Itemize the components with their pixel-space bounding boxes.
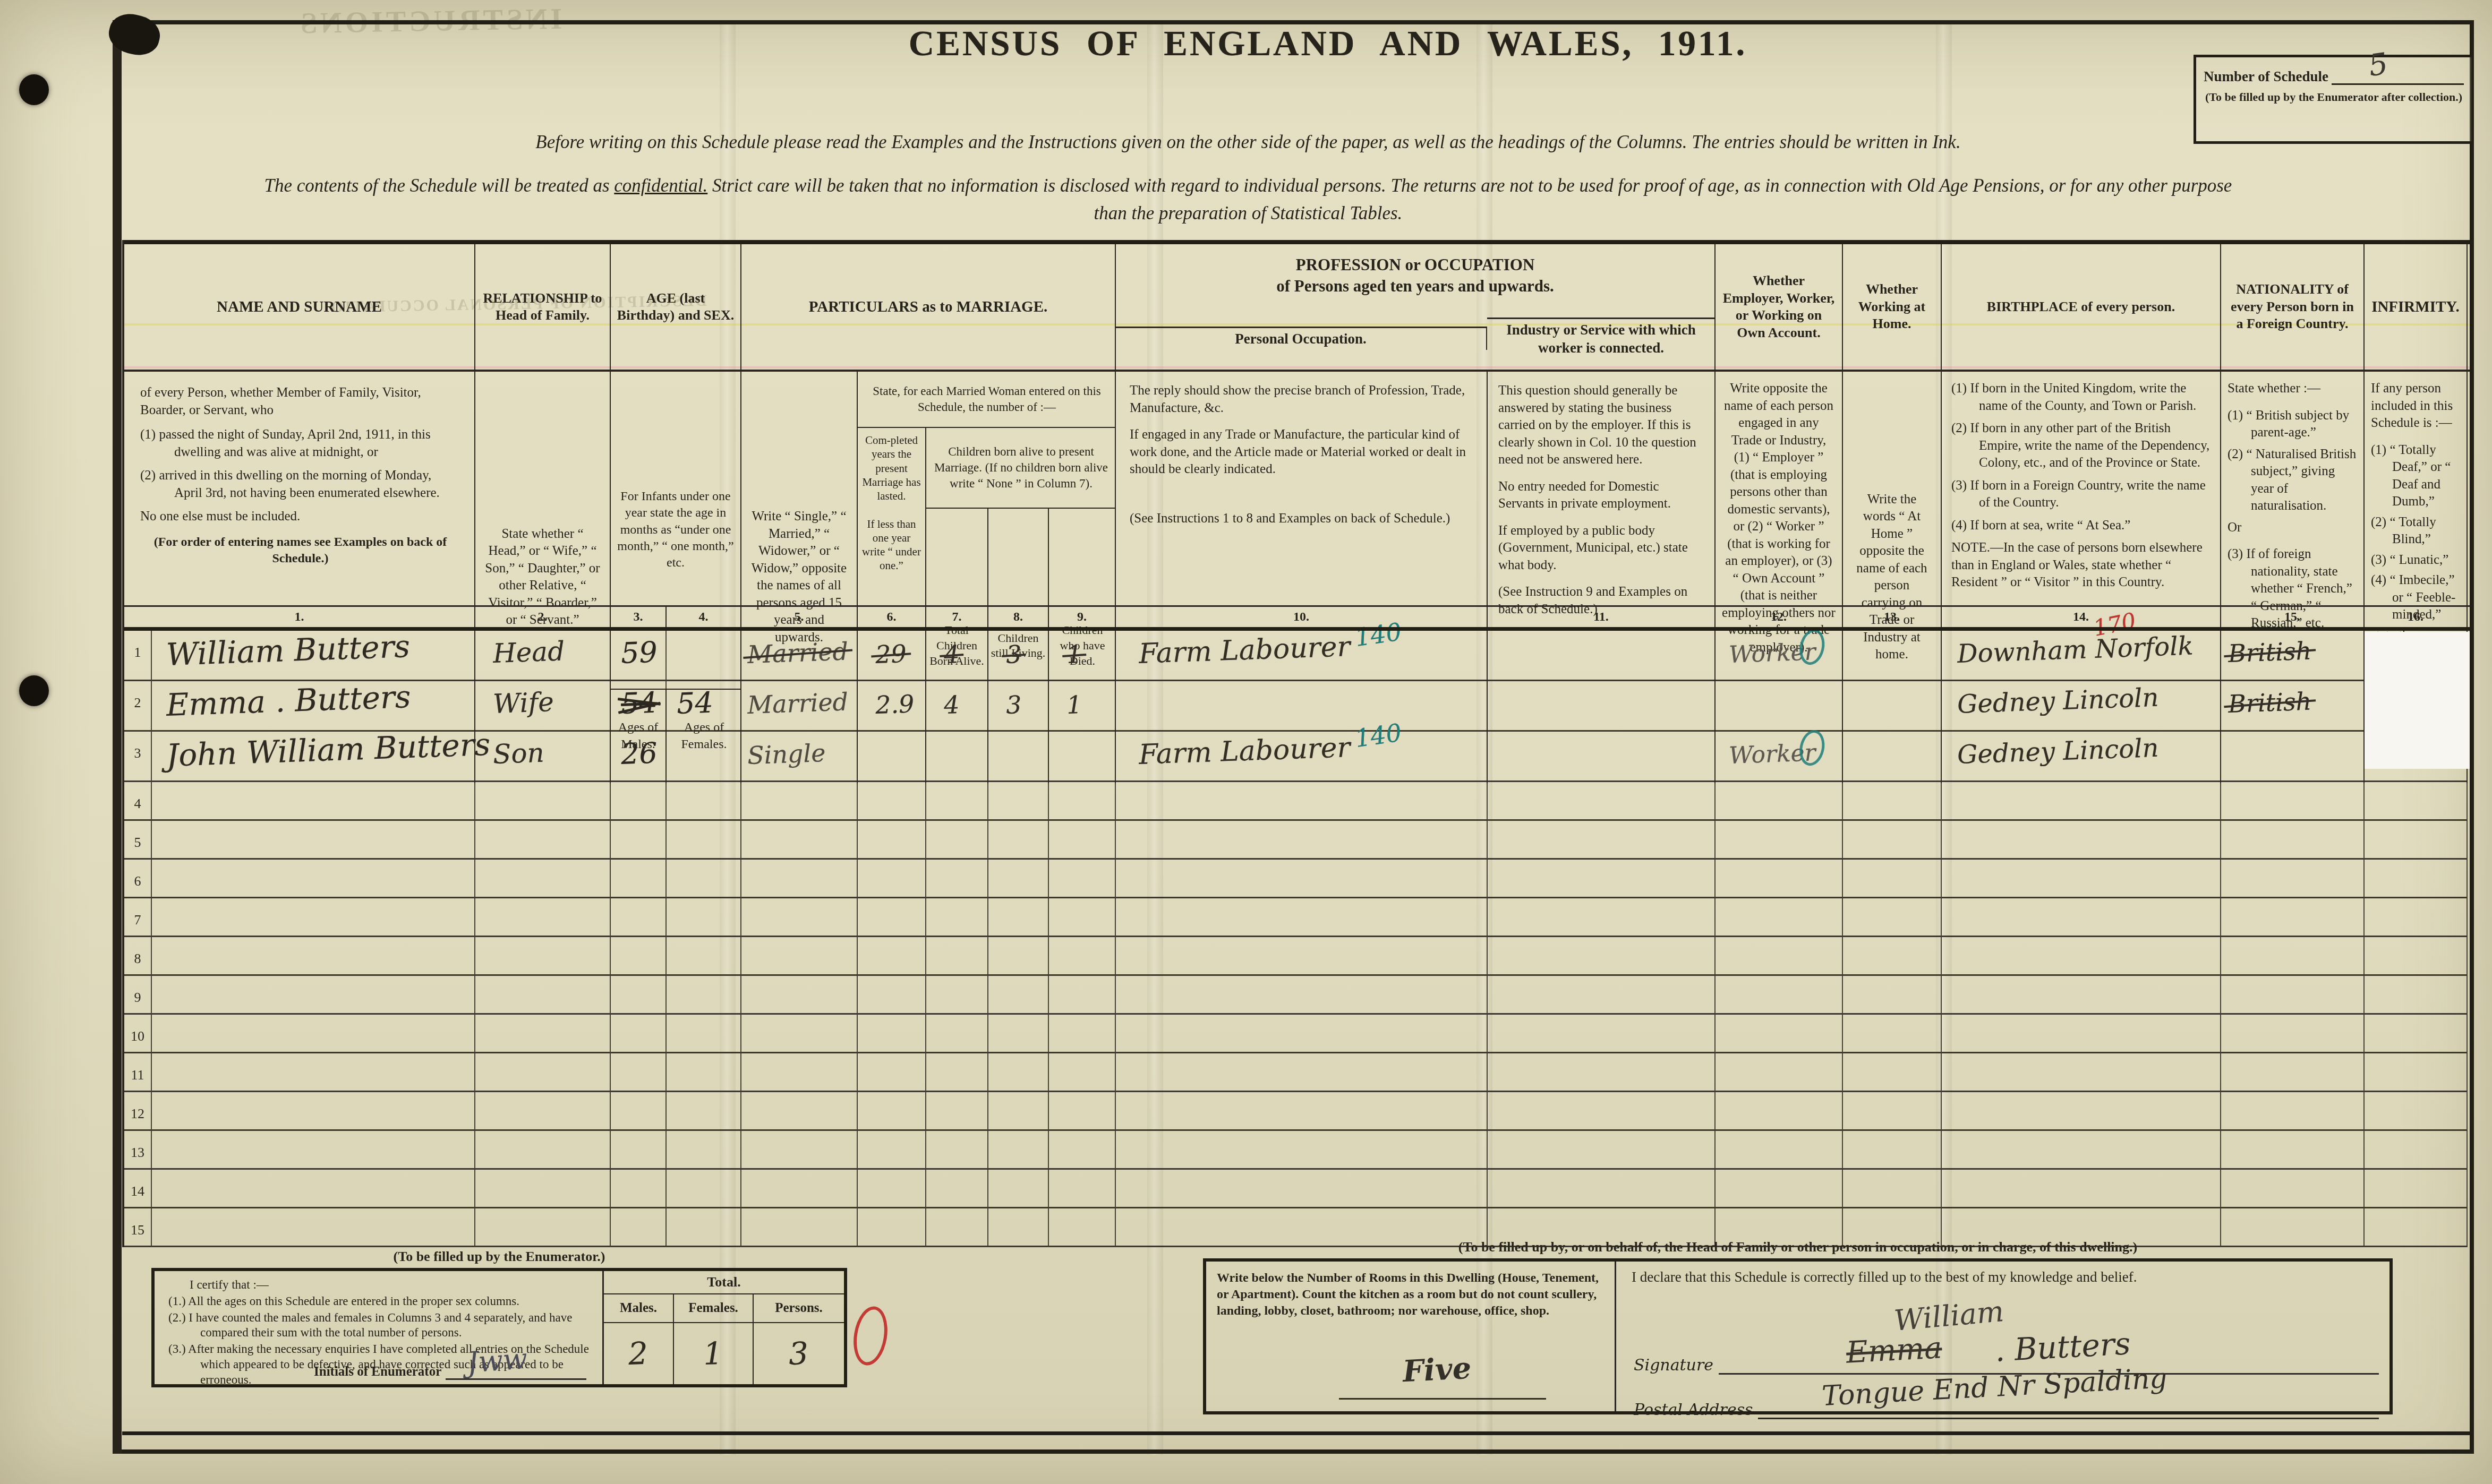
children-living-cell xyxy=(988,860,1049,898)
nationality-cell xyxy=(2221,898,2365,937)
row-number: 7 xyxy=(124,898,152,937)
personal-occupation-header: Personal Occupation. xyxy=(1115,327,1487,350)
children-born-cell xyxy=(926,782,988,821)
schedule-number-line: 5 xyxy=(2332,66,2464,85)
marital-status-cell xyxy=(741,860,858,898)
years-married-cell xyxy=(858,1015,926,1053)
rooms-value: Five xyxy=(1402,1349,1472,1391)
industry-cell xyxy=(1488,631,1716,681)
age-males-cell xyxy=(611,1170,667,1208)
row-number: 13 xyxy=(124,1131,152,1170)
declaration-box: Write below the Number of Rooms in this … xyxy=(1203,1258,2393,1414)
rooms-instructions: Write below the Number of Rooms in this … xyxy=(1206,1262,1616,1411)
table-row: 7 xyxy=(124,898,2474,937)
infirmity-cell xyxy=(2365,1170,2468,1208)
children-living-cell xyxy=(988,1208,1049,1247)
nationality-cell xyxy=(2221,1015,2365,1053)
employer-cell xyxy=(1716,782,1843,821)
marital-status-cell xyxy=(741,898,858,937)
showthrough-text: INSTRUCTIONS xyxy=(297,2,562,41)
schedule-number-label: Number of Schedule xyxy=(2204,68,2328,85)
occupation-cell xyxy=(1116,1131,1488,1170)
teal-circle-mark xyxy=(1796,728,1828,768)
children-born-cell xyxy=(926,1092,988,1131)
table-row: 12 xyxy=(124,1092,2474,1131)
row-number: 10 xyxy=(124,1015,152,1053)
years-married-cell xyxy=(858,976,926,1015)
hole-punch xyxy=(19,74,49,105)
age-females-cell xyxy=(667,821,741,860)
row-number: 1 xyxy=(124,631,152,681)
children-died-cell xyxy=(1049,1208,1116,1247)
persons-total-label: Persons. xyxy=(754,1294,844,1322)
children-born-cell xyxy=(926,1170,988,1208)
working-at-home-cell xyxy=(1843,782,1942,821)
working-at-home-cell xyxy=(1843,1208,1942,1247)
children-died-cell xyxy=(1049,732,1116,782)
postal-address-label: Postal Address xyxy=(1634,1401,1753,1419)
infirmity-cell xyxy=(2365,898,2468,937)
relationship-cell xyxy=(475,1015,611,1053)
industry-cell xyxy=(1488,976,1716,1015)
schedule-number-note: (To be filled up by the Enumerator after… xyxy=(2204,90,2464,104)
census-table: NAME AND SURNAME RELATIONSHIP to Head of… xyxy=(122,240,2474,1247)
table-row: 15 xyxy=(124,1208,2474,1247)
children-died-cell xyxy=(1049,1053,1116,1092)
children-living-cell xyxy=(988,1092,1049,1131)
name-cell xyxy=(152,898,475,937)
nationality-cell xyxy=(2221,1053,2365,1092)
children-died-cell xyxy=(1049,976,1116,1015)
children-living-cell: 3 xyxy=(988,631,1049,681)
marital-status-cell xyxy=(741,1053,858,1092)
age-females-cell xyxy=(667,631,741,681)
schedule-number-value: 5 xyxy=(2367,47,2390,83)
nationality-cell xyxy=(2221,1208,2365,1247)
marital-status-cell xyxy=(741,937,858,976)
children-living-cell xyxy=(988,898,1049,937)
birthplace-cell: Gedney Lincoln xyxy=(1942,681,2221,732)
industry-cell xyxy=(1488,681,1716,732)
age-females-cell xyxy=(667,1053,741,1092)
children-living-cell xyxy=(988,821,1049,860)
relationship-cell xyxy=(475,782,611,821)
row-number: 8 xyxy=(124,937,152,976)
males-total-value: 2 xyxy=(628,1337,648,1369)
children-living-cell xyxy=(988,1015,1049,1053)
age-females-cell xyxy=(667,1015,741,1053)
infirmity-cell xyxy=(2365,1015,2468,1053)
declaration-text: I declare that this Schedule is correctl… xyxy=(1632,1269,2376,1285)
name-cell xyxy=(152,1092,475,1131)
age-males-cell xyxy=(611,1092,667,1131)
children-died-cell xyxy=(1049,1170,1116,1208)
birthplace-cell xyxy=(1942,1208,2221,1247)
occupation-cell: Farm Labourer140 xyxy=(1116,732,1488,782)
row-number: 3 xyxy=(124,732,152,782)
birthplace-cell xyxy=(1942,976,2221,1015)
col-header-infirmity: INFIRMITY. xyxy=(2365,244,2468,370)
age-males-cell xyxy=(611,1053,667,1092)
age-males-cell xyxy=(611,782,667,821)
nationality-cell xyxy=(2221,782,2365,821)
employer-cell: Worker xyxy=(1716,732,1843,782)
employer-cell xyxy=(1716,976,1843,1015)
age-males-cell: 59 xyxy=(611,631,667,681)
nationality-cell xyxy=(2221,732,2365,782)
employer-cell xyxy=(1716,1170,1843,1208)
years-married-cell xyxy=(858,732,926,782)
age-females-cell xyxy=(667,937,741,976)
row-number: 9 xyxy=(124,976,152,1015)
occupation-cell xyxy=(1116,860,1488,898)
relationship-cell xyxy=(475,1170,611,1208)
children-died-cell xyxy=(1049,821,1116,860)
row-number: 11 xyxy=(124,1053,152,1092)
children-born-cell xyxy=(926,860,988,898)
table-header-main: NAME AND SURNAME RELATIONSHIP to Head of… xyxy=(124,240,2474,372)
confidential-line-2: than the preparation of Statistical Tabl… xyxy=(159,203,2337,224)
name-cell xyxy=(152,1131,475,1170)
industry-cell xyxy=(1488,782,1716,821)
age-females-cell xyxy=(667,898,741,937)
birthplace-cell xyxy=(1942,1131,2221,1170)
marital-status-cell xyxy=(741,782,858,821)
industry-cell xyxy=(1488,821,1716,860)
age-males-cell xyxy=(611,1015,667,1053)
industry-cell xyxy=(1488,898,1716,937)
hole-punch xyxy=(19,675,49,706)
red-check-mark xyxy=(850,1304,892,1368)
row-number: 4 xyxy=(124,782,152,821)
industry-cell xyxy=(1488,1015,1716,1053)
working-at-home-cell xyxy=(1843,631,1942,681)
children-died-cell xyxy=(1049,860,1116,898)
table-rows: 1William ButtersHead59Married29431Farm L… xyxy=(124,631,2474,1247)
occupation-cell xyxy=(1116,976,1488,1015)
birthplace-cell xyxy=(1942,898,2221,937)
years-married-cell xyxy=(858,821,926,860)
signature-surname: . Butters xyxy=(1994,1325,2131,1368)
children-born-note: Children born alive to present Marriage.… xyxy=(926,428,1116,509)
employer-cell xyxy=(1716,1053,1843,1092)
relationship-cell xyxy=(475,976,611,1015)
industry-cell xyxy=(1488,860,1716,898)
industry-cell xyxy=(1488,1170,1716,1208)
table-row: 1William ButtersHead59Married29431Farm L… xyxy=(124,631,2474,681)
name-cell xyxy=(152,782,475,821)
age-males-cell: 54 xyxy=(611,681,667,732)
marital-status-cell: Married xyxy=(741,681,858,732)
children-living-cell xyxy=(988,976,1049,1015)
industry-cell xyxy=(1488,937,1716,976)
row-number: 5 xyxy=(124,821,152,860)
years-married-cell xyxy=(858,1208,926,1247)
occupation-cell xyxy=(1116,937,1488,976)
initials-line: Jww xyxy=(446,1364,586,1380)
age-males-cell xyxy=(611,1131,667,1170)
name-cell xyxy=(152,860,475,898)
bottom-rule xyxy=(122,1431,2474,1435)
children-died-cell xyxy=(1049,937,1116,976)
nationality-cell xyxy=(2221,1092,2365,1131)
marital-status-cell xyxy=(741,821,858,860)
children-died-cell: 1 xyxy=(1049,681,1116,732)
children-born-cell: 4 xyxy=(926,631,988,681)
age-females-cell xyxy=(667,1208,741,1247)
schedule-number-box: Number of Schedule 5 (To be filled up by… xyxy=(2194,55,2474,144)
col-header-name: NAME AND SURNAME xyxy=(124,244,475,370)
persons-total-value: 3 xyxy=(788,1337,809,1369)
signature-label: Signature xyxy=(1634,1356,1713,1375)
enumerator-section-header: (To be filled up by the Enumerator.) xyxy=(151,1249,847,1265)
occupation-cell xyxy=(1116,681,1488,732)
years-married-cell xyxy=(858,860,926,898)
occupation-cell xyxy=(1116,821,1488,860)
employer-cell xyxy=(1716,1015,1843,1053)
relationship-cell xyxy=(475,1208,611,1247)
nationality-cell xyxy=(2221,1131,2365,1170)
working-at-home-cell xyxy=(1843,732,1942,782)
working-at-home-cell xyxy=(1843,860,1942,898)
totals-title: Total. xyxy=(604,1271,844,1294)
married-woman-note: State, for each Married Woman entered on… xyxy=(858,372,1116,428)
table-row: 13 xyxy=(124,1131,2474,1170)
age-males-cell xyxy=(611,821,667,860)
employer-cell xyxy=(1716,898,1843,937)
relationship-cell xyxy=(475,1053,611,1092)
profession-title: PROFESSION or OCCUPATION of Persons aged… xyxy=(1115,254,1715,297)
marital-status-cell xyxy=(741,1170,858,1208)
table-row: 8 xyxy=(124,937,2474,976)
infirmity-cell xyxy=(2365,782,2468,821)
working-at-home-cell xyxy=(1843,898,1942,937)
marital-status-cell xyxy=(741,1208,858,1247)
infirmity-cell xyxy=(2365,1208,2468,1247)
col-header-employer: Whether Employer, Worker, or Working on … xyxy=(1716,244,1843,370)
age-females-cell xyxy=(667,782,741,821)
children-died-cell xyxy=(1049,1131,1116,1170)
relationship-cell xyxy=(475,860,611,898)
years-married-cell xyxy=(858,898,926,937)
infirmity-cell xyxy=(2365,937,2468,976)
nationality-cell xyxy=(2221,821,2365,860)
females-total-value: 1 xyxy=(703,1337,723,1369)
marital-status-cell xyxy=(741,1015,858,1053)
children-died-cell xyxy=(1049,1092,1116,1131)
employer-cell xyxy=(1716,937,1843,976)
industry-cell xyxy=(1488,1208,1716,1247)
col-header-age: AGE (last Birthday) and SEX. xyxy=(611,244,741,370)
marital-status-cell: Married xyxy=(741,631,858,681)
infirmity-cell xyxy=(2365,1053,2468,1092)
age-females-cell xyxy=(667,976,741,1015)
rooms-line: Five xyxy=(1339,1384,1546,1400)
name-cell: Emma . Butters xyxy=(152,681,475,732)
name-cell: William Butters xyxy=(152,631,475,681)
signature-struck: Emma xyxy=(1845,1331,1943,1370)
relationship-cell xyxy=(475,1092,611,1131)
employer-cell: Worker xyxy=(1716,631,1843,681)
children-living-cell xyxy=(988,1131,1049,1170)
age-males-cell: 26 xyxy=(611,732,667,782)
children-born-cell xyxy=(926,1053,988,1092)
nationality-cell xyxy=(2221,976,2365,1015)
name-cell xyxy=(152,1208,475,1247)
name-cell: John William Butters xyxy=(152,732,475,782)
table-row: 5 xyxy=(124,821,2474,860)
certify-text: I certify that :— (1.) All the ages on t… xyxy=(155,1271,602,1384)
children-living-cell xyxy=(988,1053,1049,1092)
census-schedule-page: INSTRUCTIONS DESCRIPTION OF PERSONAL OCC… xyxy=(0,0,2492,1484)
occupation-cell: Farm Labourer140 xyxy=(1116,631,1488,681)
birthplace-cell xyxy=(1942,782,2221,821)
children-died-cell xyxy=(1049,1015,1116,1053)
working-at-home-cell xyxy=(1843,821,1942,860)
table-row: 2Emma . ButtersWife5454Married2.9431Gedn… xyxy=(124,681,2474,732)
employer-cell xyxy=(1716,1131,1843,1170)
table-row: 3John William ButtersSon26SingleFarm Lab… xyxy=(124,732,2474,782)
children-born-cell xyxy=(926,1131,988,1170)
working-at-home-cell xyxy=(1843,937,1942,976)
employer-cell xyxy=(1716,1208,1843,1247)
children-born-cell xyxy=(926,1208,988,1247)
children-living-cell xyxy=(988,732,1049,782)
years-married-cell: 29 xyxy=(858,631,926,681)
children-born-cell xyxy=(926,732,988,782)
relationship-cell: Wife xyxy=(475,681,611,732)
years-married-cell xyxy=(858,1092,926,1131)
children-living-cell xyxy=(988,937,1049,976)
page-title: CENSUS OF ENGLAND AND WALES, 1911. xyxy=(664,23,1992,64)
marital-status-cell: Single xyxy=(741,732,858,782)
children-living-cell xyxy=(988,782,1049,821)
children-died-cell xyxy=(1049,898,1116,937)
children-living-cell xyxy=(988,1170,1049,1208)
age-males-cell xyxy=(611,898,667,937)
years-married-cell xyxy=(858,1053,926,1092)
relationship-cell xyxy=(475,821,611,860)
name-cell xyxy=(152,937,475,976)
working-at-home-cell xyxy=(1843,1053,1942,1092)
col-header-home: Whether Working at Home. xyxy=(1843,244,1942,370)
relationship-cell xyxy=(475,898,611,937)
relationship-cell: Head xyxy=(475,631,611,681)
birthplace-cell xyxy=(1942,1092,2221,1131)
employer-cell xyxy=(1716,821,1843,860)
nationality-cell: British xyxy=(2221,681,2365,732)
occupation-cell xyxy=(1116,1053,1488,1092)
children-born-cell: 4 xyxy=(926,681,988,732)
table-row: 9 xyxy=(124,976,2474,1015)
relationship-cell xyxy=(475,1131,611,1170)
occupation-cell xyxy=(1116,782,1488,821)
signature-inserted: William xyxy=(1893,1294,2005,1337)
occupation-cell xyxy=(1116,1208,1488,1247)
employer-cell xyxy=(1716,1092,1843,1131)
years-married-cell: 2.9 xyxy=(858,681,926,732)
birthplace-cell: Downham Norfolk170 xyxy=(1942,631,2221,681)
left-border-band xyxy=(113,20,122,1454)
column-numbers: 1. 2. 3. 4. 5. 6. 7. 8. 9. 10. 11. 12. 1… xyxy=(124,605,2474,631)
birthplace-cell xyxy=(1942,1015,2221,1053)
birthplace-cell xyxy=(1942,860,2221,898)
col-header-birthplace: BIRTHPLACE of every person. xyxy=(1942,244,2221,370)
age-females-cell xyxy=(667,732,741,782)
age-males-cell xyxy=(611,937,667,976)
industry-header: Industry or Service with which worker is… xyxy=(1487,318,1715,359)
name-cell xyxy=(152,1170,475,1208)
name-cell xyxy=(152,1053,475,1092)
infirmity-cell xyxy=(2365,860,2468,898)
table-header-detail: of every Person, whether Member of Famil… xyxy=(124,372,2474,605)
working-at-home-cell xyxy=(1843,1131,1942,1170)
postal-line: Tongue End Nr Spalding xyxy=(1758,1401,2379,1419)
nationality-cell xyxy=(2221,937,2365,976)
age-females-cell xyxy=(667,860,741,898)
children-born-cell xyxy=(926,821,988,860)
table-row: 4 xyxy=(124,782,2474,821)
row-number: 14 xyxy=(124,1170,152,1208)
occupation-cell xyxy=(1116,1015,1488,1053)
row-number: 12 xyxy=(124,1092,152,1131)
industry-cell xyxy=(1488,1053,1716,1092)
birthplace-cell xyxy=(1942,1170,2221,1208)
relationship-cell: Son xyxy=(475,732,611,782)
row-number: 2 xyxy=(124,681,152,732)
working-at-home-cell xyxy=(1843,1092,1942,1131)
industry-cell xyxy=(1488,1092,1716,1131)
nationality-cell xyxy=(2221,860,2365,898)
age-males-cell xyxy=(611,976,667,1015)
name-cell xyxy=(152,1015,475,1053)
working-at-home-cell xyxy=(1843,681,1942,732)
age-females-cell xyxy=(667,1170,741,1208)
children-born-cell xyxy=(926,1015,988,1053)
marital-status-cell xyxy=(741,1131,858,1170)
age-females-cell xyxy=(667,1131,741,1170)
birthplace-cell xyxy=(1942,821,2221,860)
years-married-cell xyxy=(858,1131,926,1170)
initials-label: Initials of Enumerator xyxy=(314,1363,441,1380)
table-row: 6 xyxy=(124,860,2474,898)
infirmity-cell xyxy=(2365,1092,2468,1131)
employer-cell xyxy=(1716,681,1843,732)
enumerator-box: I certify that :— (1.) All the ages on t… xyxy=(151,1268,847,1387)
children-died-cell: 1 xyxy=(1049,631,1116,681)
col-header-profession: PROFESSION or OCCUPATION of Persons aged… xyxy=(1116,244,1716,370)
males-total-label: Males. xyxy=(604,1294,674,1322)
children-died-cell xyxy=(1049,782,1116,821)
age-females-cell xyxy=(667,1092,741,1131)
children-born-cell xyxy=(926,976,988,1015)
name-cell xyxy=(152,821,475,860)
occupation-cell xyxy=(1116,898,1488,937)
years-married-cell xyxy=(858,782,926,821)
teal-circle-mark xyxy=(1796,627,1828,667)
children-living-cell: 3 xyxy=(988,681,1049,732)
years-married-cell xyxy=(858,937,926,976)
age-males-cell xyxy=(611,860,667,898)
table-row: 11 xyxy=(124,1053,2474,1092)
col-header-marriage: PARTICULARS as to MARRIAGE. xyxy=(741,244,1116,370)
working-at-home-cell xyxy=(1843,1170,1942,1208)
industry-cell xyxy=(1488,732,1716,782)
age-males-cell xyxy=(611,1208,667,1247)
relationship-cell xyxy=(475,937,611,976)
females-total-label: Females. xyxy=(674,1294,754,1322)
age-females-cell: 54 xyxy=(667,681,741,732)
